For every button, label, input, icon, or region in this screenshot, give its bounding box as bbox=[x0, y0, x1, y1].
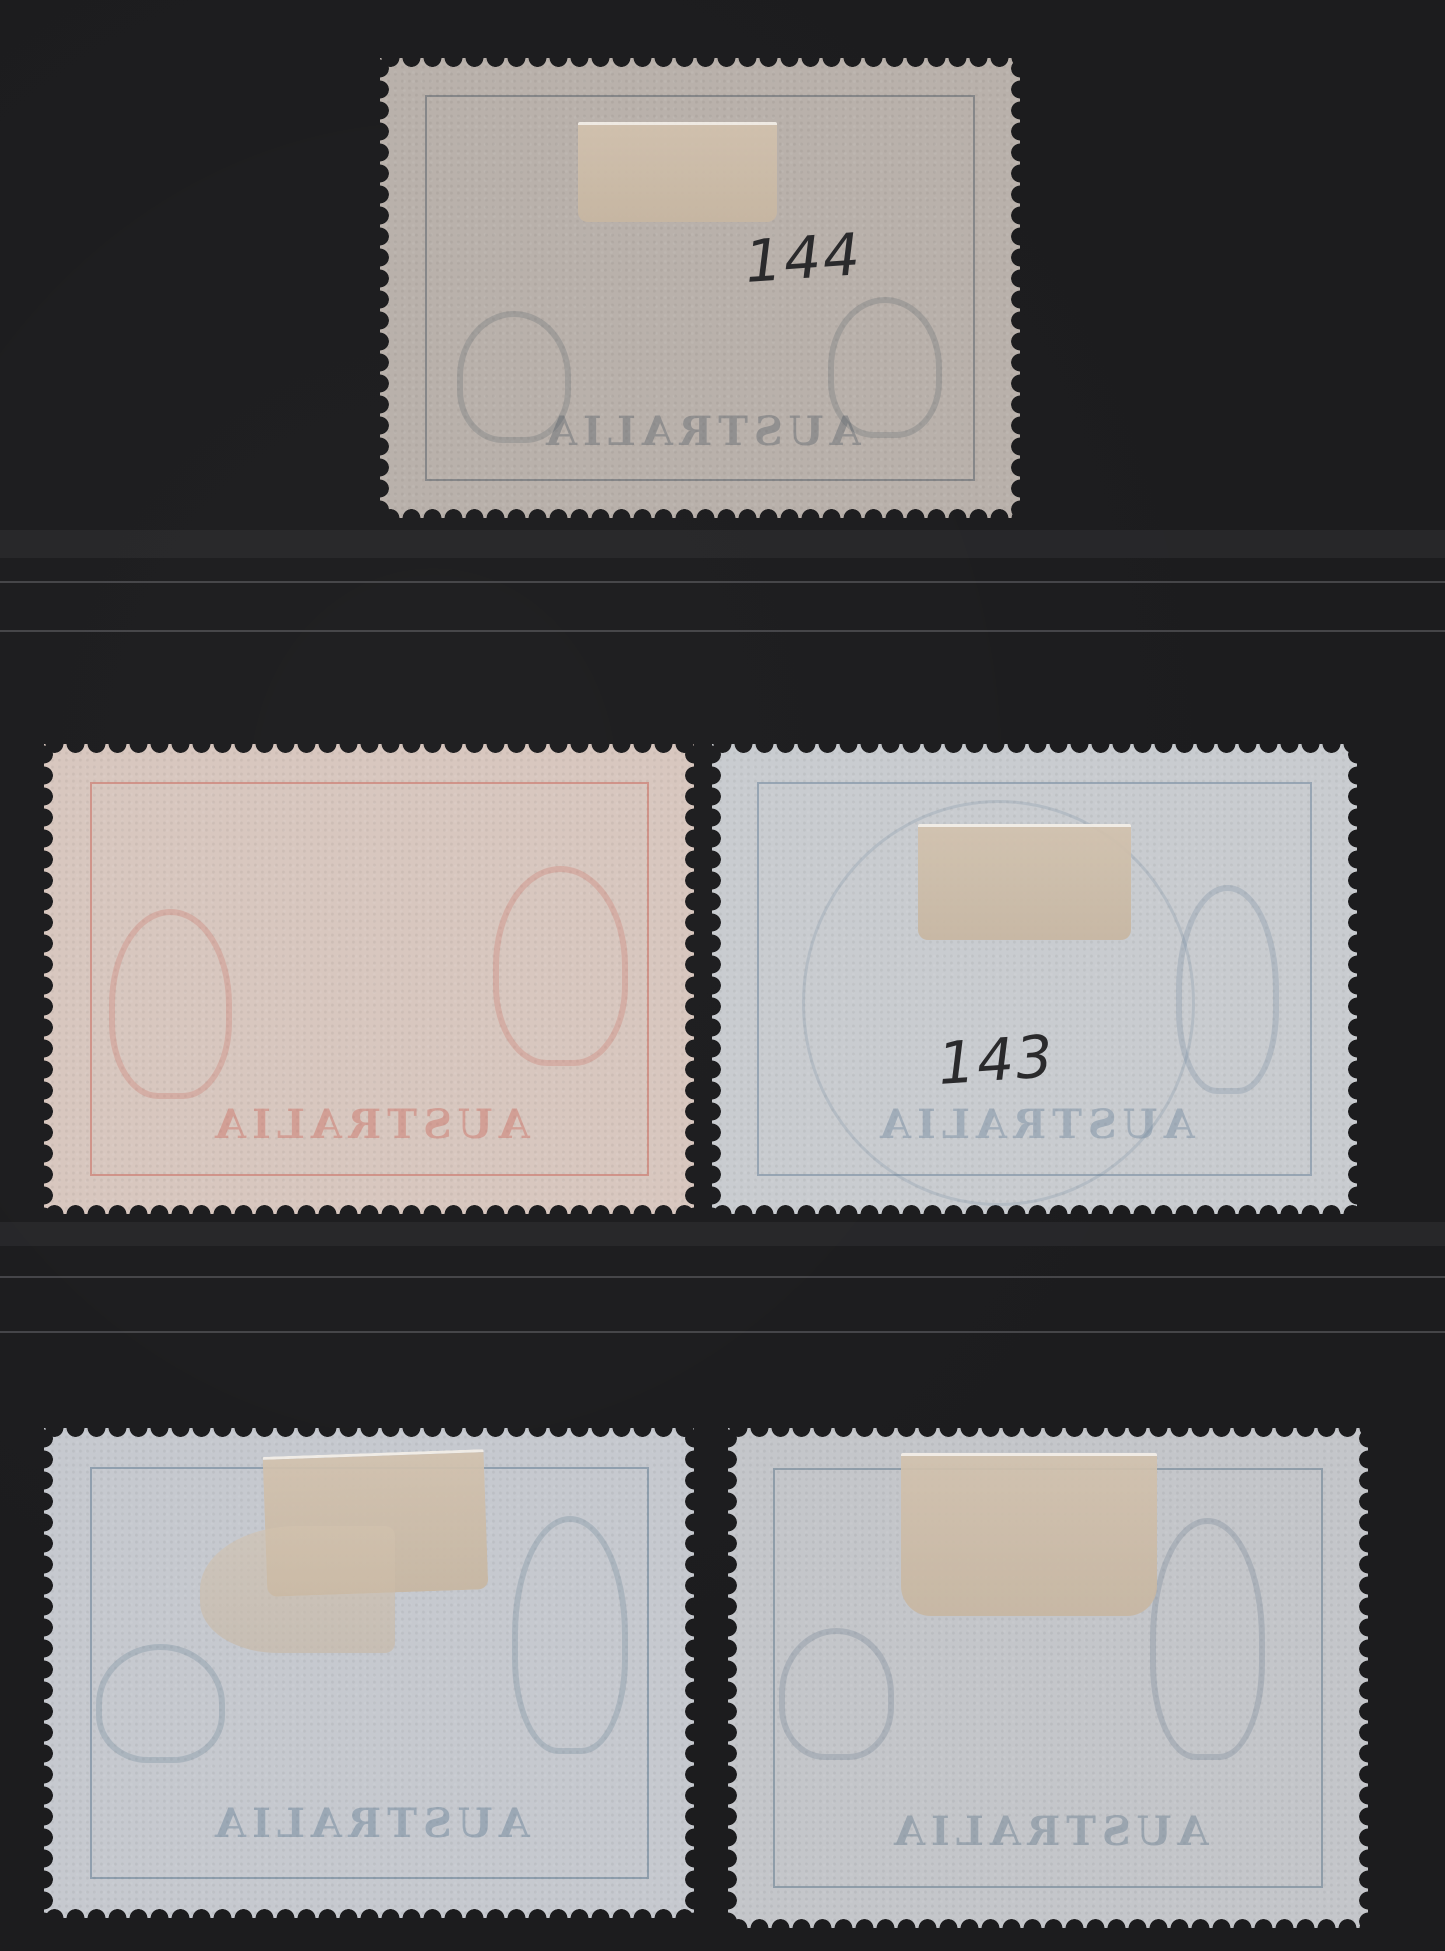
strip-band bbox=[0, 1222, 1445, 1246]
mirror-text: AUSTRALIA bbox=[438, 408, 963, 463]
pencil-catalog-number: 144 bbox=[743, 220, 864, 296]
mirror-text: AUSTRALIA bbox=[786, 1808, 1311, 1868]
strip-line bbox=[0, 1276, 1445, 1278]
ghost-kangaroo-shape bbox=[109, 909, 232, 1100]
stamp-back: AUSTRALIA 144 bbox=[380, 58, 1020, 518]
ghost-kangaroo-shape bbox=[96, 1644, 225, 1764]
strip-line bbox=[0, 1331, 1445, 1333]
mirror-text: AUSTRALIA bbox=[103, 1800, 636, 1859]
ghost-kangaroo-shape bbox=[1176, 885, 1278, 1094]
ghost-kangaroo-shape bbox=[512, 1516, 628, 1753]
stock-page: AUSTRALIA 144 AUSTRALIA AUSTRALIA 143 AU… bbox=[0, 0, 1445, 1951]
mirror-text: AUSTRALIA bbox=[770, 1101, 1299, 1157]
stamp-hinge bbox=[901, 1453, 1157, 1616]
ghost-kangaroo-shape bbox=[779, 1628, 893, 1760]
pencil-catalog-number: 143 bbox=[936, 1022, 1057, 1098]
stamp-back: AUSTRALIA bbox=[44, 1428, 694, 1918]
strip-line bbox=[0, 581, 1445, 583]
stamp-hinge bbox=[578, 122, 776, 222]
stamp-hinge-remnant bbox=[200, 1526, 395, 1653]
strip-band bbox=[0, 530, 1445, 558]
stamp-back: AUSTRALIA 143 bbox=[712, 744, 1357, 1214]
ghost-kangaroo-shape bbox=[1150, 1518, 1264, 1760]
ghost-kangaroo-shape bbox=[493, 866, 629, 1066]
mirror-text: AUSTRALIA bbox=[103, 1101, 636, 1157]
stamp-hinge bbox=[918, 824, 1131, 940]
stamp-back: AUSTRALIA bbox=[728, 1428, 1368, 1928]
strip-line bbox=[0, 630, 1445, 632]
stamp-back: AUSTRALIA bbox=[44, 744, 694, 1214]
